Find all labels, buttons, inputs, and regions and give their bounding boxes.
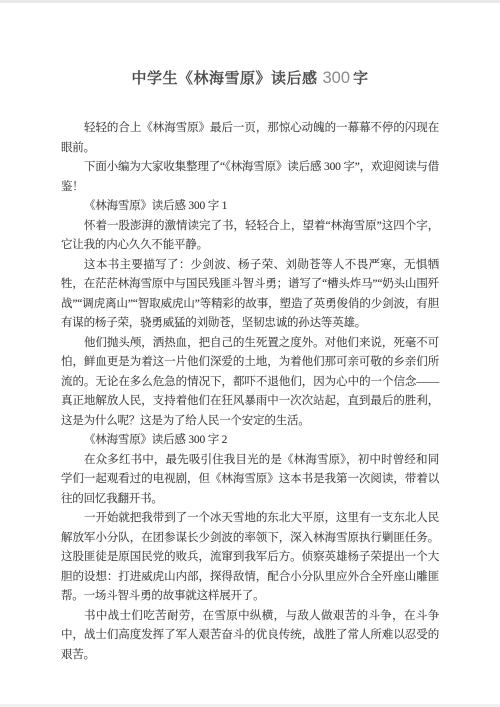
paragraph: 轻轻的合上《林海雪原》最后一页，那惊心动魄的一幕幕不停的闪现在眼前。 [61,119,439,158]
paragraph: 书中战士们吃苦耐劳，在雪原中纵横，与敌人做艰苦的斗争，在斗争中，战士们高度发挥了… [61,607,439,666]
section-heading: 《林海雪原》读后感 300 字 1 [61,197,439,217]
page-title: 中学生《林海雪原》读后感300字 [0,0,500,90]
paragraph: 怀着一股澎湃的激情读完了书，轻轻合上，望着“林海雪原”这四个字，它让我的内心久久… [61,217,439,256]
paragraph: 他们抛头颅，洒热血，把自己的生死置之度外。对他们来说，死毫不可怕，鲜血更是为着这… [61,334,439,432]
paragraph: 在众多红书中，最先吸引住我目光的是《林海雪原》，初中时曾经和同学们一起观看过的电… [61,451,439,510]
title-suffix: 字 [353,71,369,87]
section-heading: 《林海雪原》读后感 300 字 2 [61,431,439,451]
paragraph: 一开始就把我带到了一个冰天雪地的东北大平原，这里有一支东北人民解放军小分队，在团… [61,509,439,607]
title-main-text: 中学生《林海雪原》读后感 [131,71,317,87]
paragraph: 下面小编为大家收集整理了“《林海雪原》读后感 300 字”，欢迎阅读与借鉴！ [61,158,439,197]
page-top-edge [0,0,500,3]
paragraph: 这本书主要描写了：少剑波、杨子荣、刘勋苍等人不畏严寒，无惧牺牲，在茫茫林海雪原中… [61,256,439,334]
document-page: 中学生《林海雪原》读后感300字 轻轻的合上《林海雪原》最后一页，那惊心动魄的一… [0,0,500,707]
title-number: 300 [322,69,350,87]
article-body: 轻轻的合上《林海雪原》最后一页，那惊心动魄的一幕幕不停的闪现在眼前。下面小编为大… [61,119,439,665]
